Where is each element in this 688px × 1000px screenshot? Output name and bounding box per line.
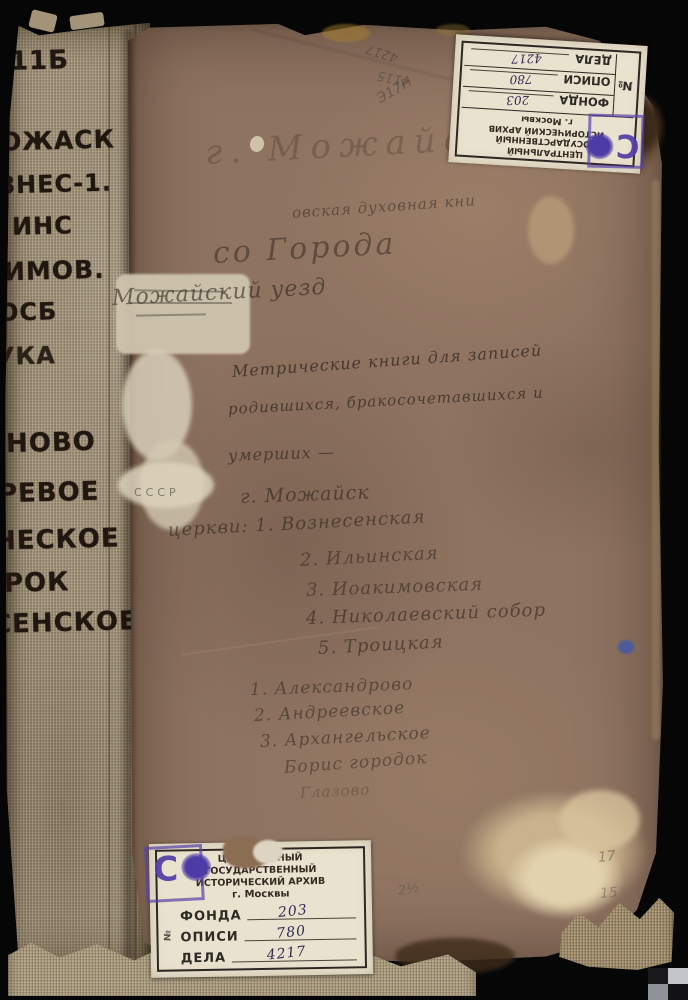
field-label: ФОНДА bbox=[176, 908, 242, 924]
handwritten-value: 203 bbox=[506, 93, 529, 108]
handwritten-value: 203 bbox=[277, 902, 308, 921]
handwritten-line: 1. Александрово bbox=[250, 674, 414, 700]
field-line: 780 bbox=[245, 924, 357, 941]
handwritten-line: Борис городок bbox=[283, 748, 428, 778]
handwritten-line: 4. Николаевский собор bbox=[306, 600, 547, 629]
delo-field: ДЕЛА 4217 bbox=[177, 942, 363, 966]
handwritten-line: церкви: 1. Вознесенская bbox=[167, 507, 425, 541]
handwritten-value: 780 bbox=[275, 923, 306, 942]
ussr-print-fragment: СССР bbox=[134, 486, 180, 499]
handwritten-line: родившихся, бракосочетавшихся и bbox=[228, 383, 545, 418]
archive-stamp-label-top: ЦЕНТРАЛЬНЫЙ ГОСУДАРСТВЕННЫЙ ИСТОРИЧЕСКИЙ… bbox=[448, 34, 647, 173]
field-line: 203 bbox=[468, 90, 554, 110]
photograph-archive-book-cover: 11Б ОЖАСК ЗНЕС-1. ИНС ИМОВ. ОСБ УКА НОВО… bbox=[0, 0, 688, 1000]
field-line: 4217 bbox=[232, 945, 357, 962]
number-symbol: № bbox=[136, 927, 200, 944]
handwritten-line: г. Можайск bbox=[240, 481, 370, 508]
field-label: ОПИСИ bbox=[563, 72, 615, 89]
archive-stamp-label-bottom: ЦЕНТРАЛЬНЫЙ ГОСУДАРСТВЕННЫЙ ИСТОРИЧЕСКИЙ… bbox=[149, 840, 373, 978]
handwritten-line: 2. Андреевское bbox=[253, 698, 405, 726]
handwritten-line: Можайский уезд bbox=[111, 275, 327, 311]
label-fields: № ФОНДА 203 ОПИСИ 780 ДЕЛА 4217 bbox=[462, 45, 638, 118]
handwritten-line: овская духовная кни bbox=[291, 191, 476, 222]
field-line: 780 bbox=[469, 69, 558, 89]
handwritten-line: Глазово bbox=[300, 780, 371, 802]
pencil-mark: 4217 bbox=[364, 41, 400, 65]
label-fields: № ФОНДА 203 ОПИСИ 780 ДЕЛА 4217 bbox=[160, 900, 363, 968]
handwritten-line: 3. Иоакимовская bbox=[306, 574, 484, 601]
pencil-mark: 15 bbox=[599, 885, 618, 902]
field-label: ДЕЛА bbox=[177, 951, 227, 967]
photo-scale-checker-cell bbox=[648, 968, 668, 984]
field-line: 4217 bbox=[470, 48, 569, 69]
photo-scale-checker-cell bbox=[668, 968, 688, 984]
number-symbol: № bbox=[612, 54, 637, 117]
stamp-letter-c: С bbox=[615, 126, 641, 165]
handwritten-line: Метрические книги для записей bbox=[231, 340, 542, 381]
handwritten-value: 4217 bbox=[266, 944, 307, 964]
handwritten-line: 3. Архангельское bbox=[259, 723, 431, 752]
stamp-letter-c: С bbox=[153, 849, 179, 889]
handwritten-line: со Города bbox=[212, 226, 397, 271]
pencil-mark: 17 bbox=[597, 848, 616, 866]
handwritten-value: 780 bbox=[510, 72, 533, 87]
field-line: 203 bbox=[247, 903, 356, 920]
handwritten-line: умерших — bbox=[228, 442, 335, 465]
photo-scale-checker-cell bbox=[668, 984, 688, 1000]
pencil-mark: 2½ bbox=[397, 881, 420, 899]
handwritten-value: 4217 bbox=[511, 51, 542, 66]
photo-scale-checker-cell bbox=[648, 984, 668, 1000]
handwritten-line: 5. Троицкая bbox=[317, 631, 444, 659]
handwritten-line: 2. Ильинская bbox=[299, 543, 439, 571]
field-label: ФОНДА bbox=[559, 93, 614, 110]
field-label: ДЕЛА bbox=[575, 52, 616, 68]
